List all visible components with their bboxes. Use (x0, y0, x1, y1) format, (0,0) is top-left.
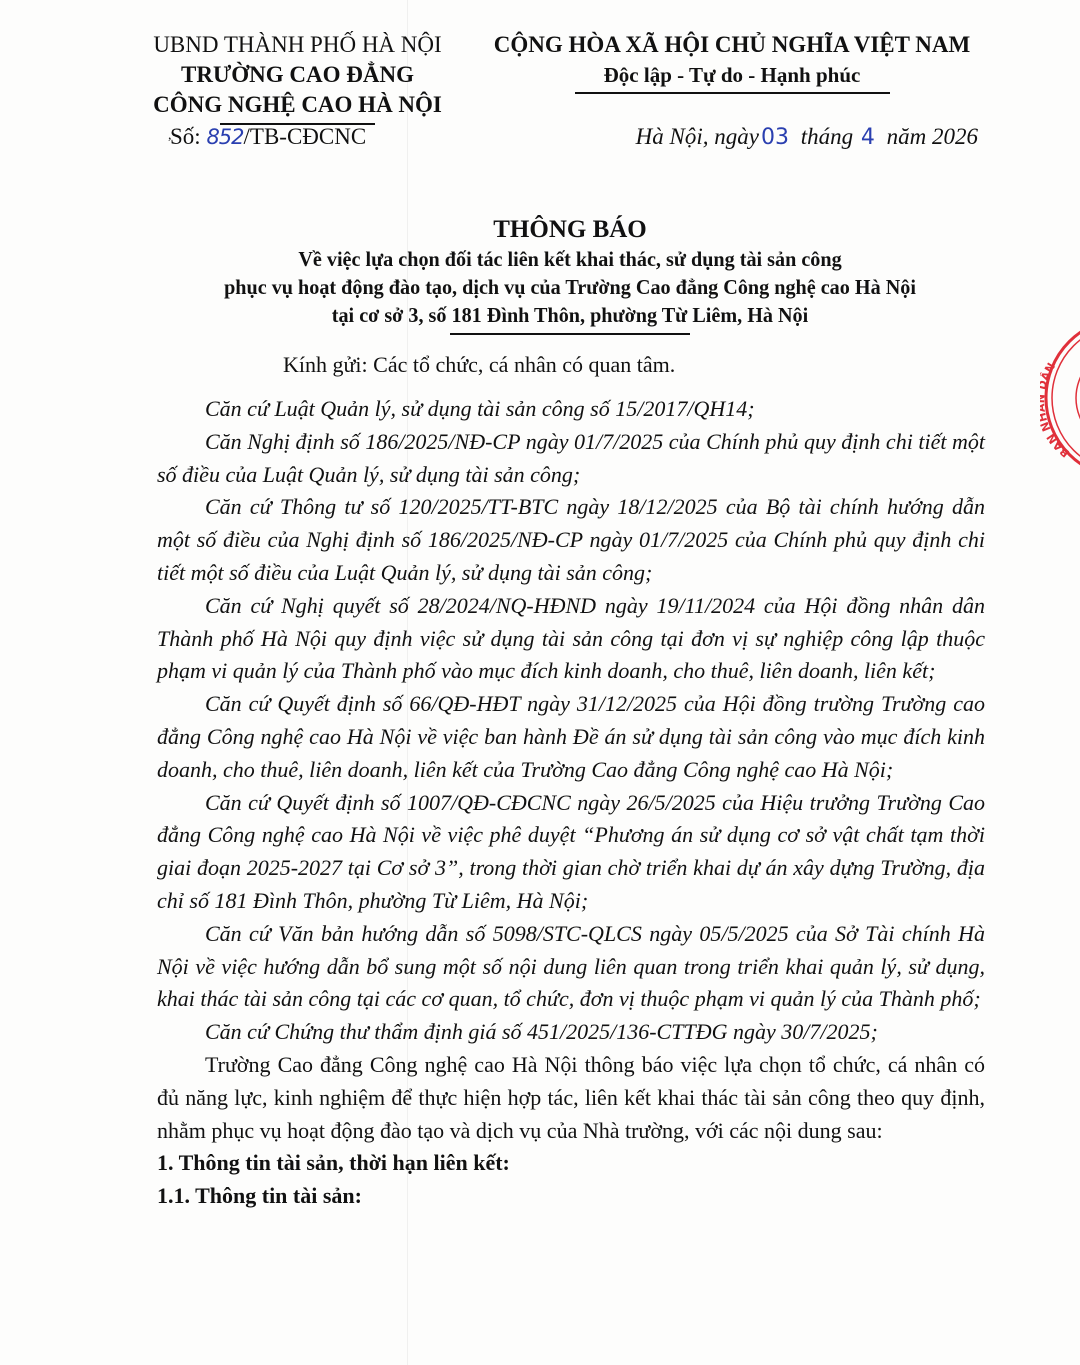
document-page: UBND THÀNH PHỐ HÀ NỘI TRƯỜNG CAO ĐẲNG CÔ… (0, 0, 1080, 1365)
doc-number-prefix: Số: (170, 124, 206, 149)
date-year: năm 2026 (887, 124, 978, 149)
legal-basis-item: Căn cứ Luật Quản lý, sử dụng tài sản côn… (157, 393, 985, 426)
section-heading: 1. Thông tin tài sản, thời hạn liên kết: (157, 1147, 985, 1180)
doc-number-suffix: /TB-CĐCNC (244, 124, 367, 149)
recipient-greeting: Kính gửi: Các tổ chức, cá nhân có quan t… (283, 352, 675, 378)
intro-paragraph: Trường Cao đẳng Công nghệ cao Hà Nội thô… (157, 1049, 985, 1147)
subsection-heading: 1.1. Thông tin tài sản: (157, 1180, 985, 1213)
date-month-label: tháng (801, 124, 853, 149)
legal-basis-item: Căn cứ Chứng thư thẩm định giá số 451/20… (157, 1016, 985, 1049)
title-underline (450, 333, 690, 335)
legal-basis-item: Căn cứ Văn bản hướng dẫn số 5098/STC-QLC… (157, 918, 985, 1016)
legal-basis-item: Căn cứ Thông tư số 120/2025/TT-BTC ngày … (157, 491, 985, 589)
date-line: Hà Nội, ngày03 tháng 4 năm 2026 (636, 124, 978, 150)
notice-title-block: THÔNG BÁO Về việc lựa chọn đối tác liên … (150, 215, 990, 335)
document-number: , Số: 852/TB-CĐCNC (170, 124, 366, 150)
doc-number-handwritten: 852 (206, 125, 243, 149)
org-name-line1: TRƯỜNG CAO ĐẲNG (130, 60, 465, 90)
org-name-line2: CÔNG NGHỆ CAO HÀ NỘI (130, 90, 465, 120)
national-motto: Độc lập - Tự do - Hạnh phúc (482, 60, 982, 90)
notice-subtitle-line: phục vụ hoạt động đào tạo, dịch vụ của T… (167, 273, 973, 301)
legal-basis-item: Căn cứ Quyết định số 1007/QĐ-CĐCNC ngày … (157, 787, 985, 918)
motto-underline (575, 92, 890, 94)
stray-mark: , (168, 128, 172, 144)
date-month-handwritten: 4 (859, 125, 881, 150)
notice-heading: THÔNG BÁO (150, 215, 990, 245)
notice-subtitle-line: Về việc lựa chọn đối tác liên kết khai t… (167, 245, 973, 273)
notice-body: Căn cứ Luật Quản lý, sử dụng tài sản côn… (157, 393, 985, 1213)
official-seal-icon: BAN NHÂN DÂN CÔ (1040, 312, 1080, 484)
legal-basis-item: Căn cứ Quyết định số 66/QĐ-HĐT ngày 31/1… (157, 688, 985, 786)
national-header-block: CỘNG HÒA XÃ HỘI CHỦ NGHĨA VIỆT NAM Độc l… (482, 30, 982, 94)
authority-name: UBND THÀNH PHỐ HÀ NỘI (130, 30, 465, 60)
legal-basis-item: Căn cứ Nghị quyết số 28/2024/NQ-HĐND ngà… (157, 590, 985, 688)
date-day-handwritten: 03 (759, 125, 795, 150)
legal-basis-item: Căn Nghị định số 186/2025/NĐ-CP ngày 01/… (157, 426, 985, 492)
notice-subtitle-line: tại cơ sở 3, số 181 Đình Thôn, phường Từ… (167, 301, 973, 329)
country-name: CỘNG HÒA XÃ HỘI CHỦ NGHĨA VIỆT NAM (482, 30, 982, 60)
date-place: Hà Nội, ngày (636, 124, 759, 149)
issuing-authority-block: UBND THÀNH PHỐ HÀ NỘI TRƯỜNG CAO ĐẲNG CÔ… (130, 30, 465, 125)
